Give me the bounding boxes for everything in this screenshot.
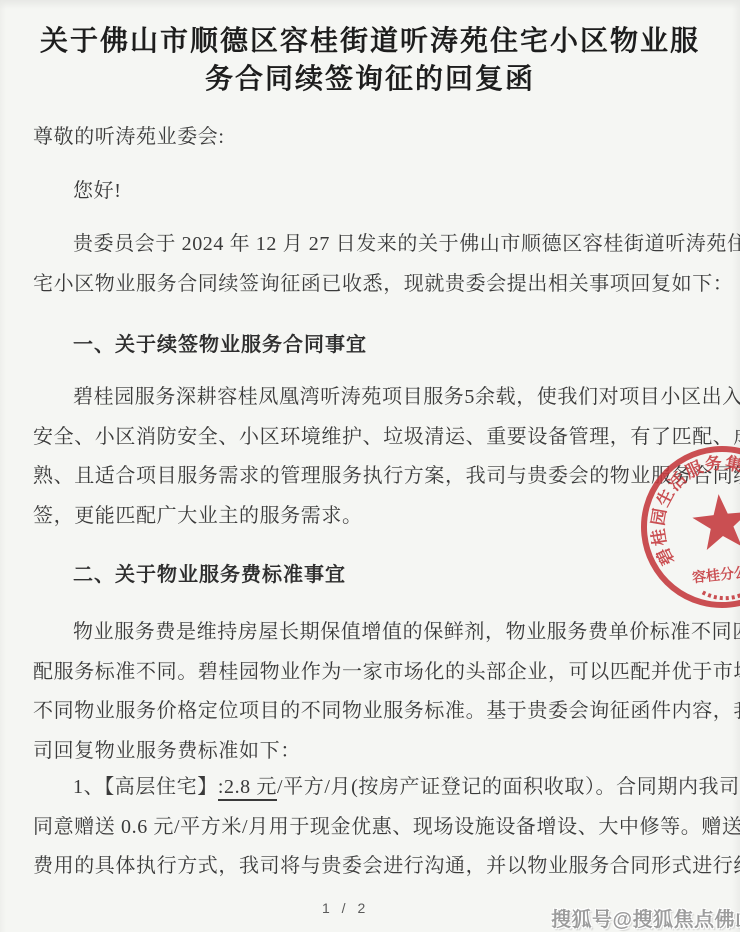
paragraph-line: 贵委员会于 2024 年 12 月 27 日发来的关于佛山市顺德区容桂街道听涛苑…: [33, 225, 709, 265]
paragraph-line: 物业服务费是维持房屋长期保值增值的保鲜剂，物业服务费单价标准不同匹: [33, 613, 709, 653]
paragraph-section1: 碧桂园服务深耕容桂凤凰湾听涛苑项目服务5余载，使我们对项目小区出入 安全、小区消…: [33, 378, 709, 536]
section1-heading: 一、关于续签物业服务合同事宜: [73, 335, 367, 355]
title-line-2: 务合同续签询征的回复函: [0, 60, 740, 98]
official-seal: 碧桂园生活服务集团有限公司 容桂分公司: [612, 417, 740, 637]
svg-text:碧桂园生活服务集团有限公司: 碧桂园生活服务集团有限公司: [640, 446, 740, 570]
seal-branch-text: 容桂分公司: [691, 562, 740, 585]
salutation: 尊敬的听涛苑业委会:: [33, 127, 225, 147]
paragraph-line: 安全、小区消防安全、小区环境维护、垃圾清运、重要设备管理，有了匹配、成: [33, 418, 709, 458]
paragraph-intro: 贵委员会于 2024 年 12 月 27 日发来的关于佛山市顺德区容桂街道听涛苑…: [33, 225, 709, 304]
paragraph-section2: 物业服务费是维持房屋长期保值增值的保鲜剂，物业服务费单价标准不同匹 配服务标准不…: [33, 613, 709, 771]
paragraph-item1: 1、【高层住宅】:2.8 元/平方/月(按房产证登记的面积收取）。合同期内我司 …: [33, 768, 709, 887]
item1-line1-rest: /平方/月(按房产证登记的面积收取）。合同期内我司: [277, 776, 740, 798]
paragraph-line: 1、【高层住宅】:2.8 元/平方/月(按房产证登记的面积收取）。合同期内我司: [33, 768, 709, 808]
greeting: 您好!: [73, 181, 121, 201]
paragraph-line: 宅小区物业服务合同续签询征函已收悉，现就贵委会提出相关事项回复如下：: [33, 265, 709, 305]
seal-arc-text: 碧桂园生活服务集团有限公司: [640, 446, 740, 570]
title-line-1: 关于佛山市顺德区容桂街道听涛苑住宅小区物业服: [0, 22, 740, 60]
watermark-text: 搜狐号@搜狐焦点佛山站: [551, 903, 740, 932]
page-number: 1 / 2: [322, 900, 369, 916]
paragraph-line: 不同物业服务价格定位项目的不同物业服务标准。基于贵委会询征函件内容，我: [33, 692, 709, 732]
seal-serial-marks: [703, 587, 740, 601]
paragraph-line: 同意赠送 0.6 元/平方米/月用于现金优惠、现场设施设备增设、大中修等。赠送: [33, 808, 709, 848]
star-icon: [690, 491, 740, 551]
paragraph-line: 碧桂园服务深耕容桂凤凰湾听涛苑项目服务5余载，使我们对项目小区出入: [33, 378, 709, 418]
paragraph-line: 配服务标准不同。碧桂园物业作为一家市场化的头部企业，可以匹配并优于市场: [33, 653, 709, 693]
paragraph-line: 司回复物业服务费标准如下：: [33, 732, 709, 772]
paragraph-line: 熟、且适合项目服务需求的管理服务执行方案，我司与贵委会的物业服务合同续: [33, 457, 709, 497]
paragraph-line: 签，更能匹配广大业主的服务需求。: [33, 497, 709, 537]
document-title: 关于佛山市顺德区容桂街道听涛苑住宅小区物业服 务合同续签询征的回复函: [0, 22, 740, 98]
section2-heading: 二、关于物业服务费标准事宜: [73, 565, 346, 585]
document-page: 关于佛山市顺德区容桂街道听涛苑住宅小区物业服 务合同续签询征的回复函 尊敬的听涛…: [0, 0, 740, 932]
item1-prefix: 1、【高层住宅】: [73, 776, 218, 798]
item1-fee-underlined: :2.8 元: [218, 776, 277, 801]
paragraph-line: 费用的具体执行方式，我司将与贵委会进行沟通，并以物业服务合同形式进行约: [33, 847, 709, 887]
